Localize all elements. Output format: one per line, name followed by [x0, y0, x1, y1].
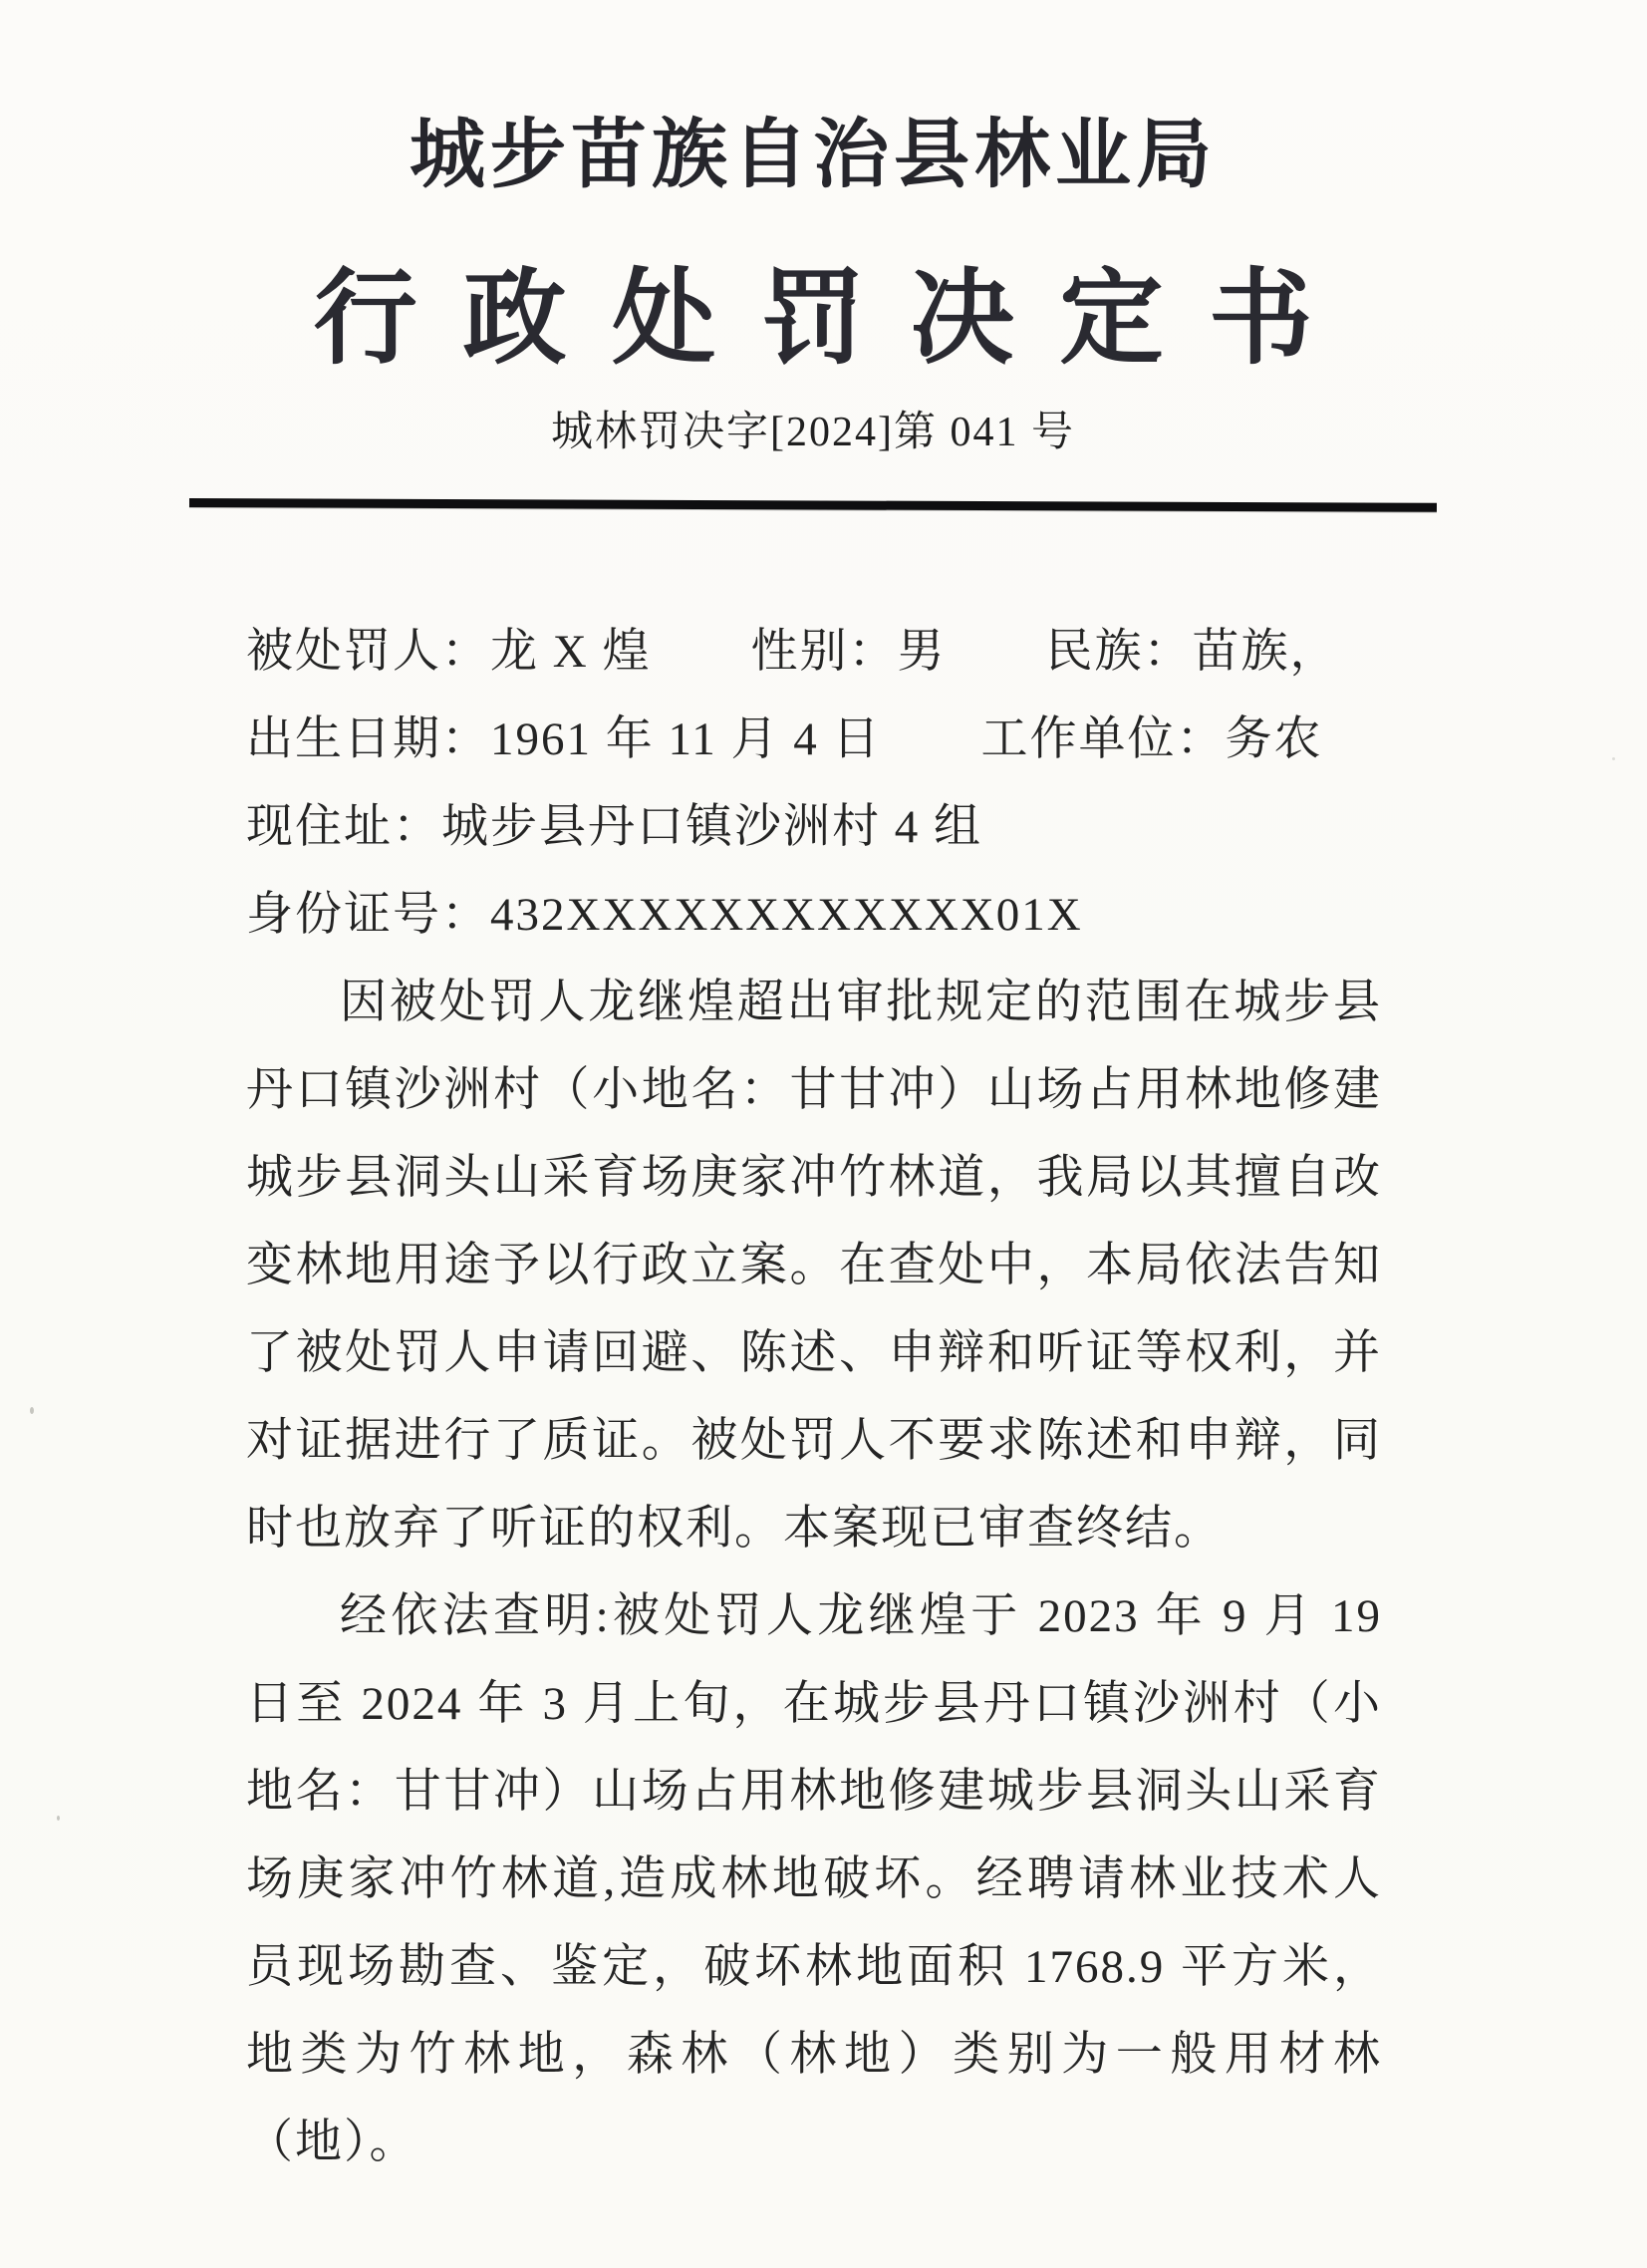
scan-speck	[1612, 757, 1615, 760]
field-id-number: 身份证号：432XXXXXXXXXXXX01X	[246, 871, 1083, 959]
document-body: 被处罚人：龙 X 煌 性别：男 民族：苗族， 出生日期：1961 年 11 月 …	[246, 608, 1382, 2186]
field-penalized-person: 被处罚人：龙 X 煌	[246, 608, 651, 696]
field-employer: 工作单位：务农	[981, 696, 1323, 783]
document-header: 城步苗族自治县林业局 行政处罚决定书 城林罚决字[2024]第 041 号	[189, 0, 1437, 458]
field-gender: 性别：男	[750, 608, 946, 696]
info-line-person: 被处罚人：龙 X 煌 性别：男 民族：苗族，	[246, 608, 1382, 696]
info-line-id: 身份证号：432XXXXXXXXXXXX01X	[246, 871, 1382, 959]
agency-title: 城步苗族自治县林业局	[189, 0, 1437, 197]
paragraph-findings: 经依法查明:被处罚人龙继煌于 2023 年 9 月 19 日至 2024 年 3…	[246, 1572, 1382, 2186]
scan-speck	[30, 1407, 34, 1414]
field-address: 现住址：城步县丹口镇沙洲村 4 组	[246, 783, 982, 871]
field-ethnicity: 民族：苗族，	[1045, 608, 1338, 696]
divider-rule	[189, 498, 1437, 512]
document-title-text: 行政处罚决定书	[314, 261, 1358, 377]
scan-speck	[57, 1816, 60, 1821]
info-line-address: 现住址：城步县丹口镇沙洲村 4 组	[246, 783, 1382, 871]
document-page: 城步苗族自治县林业局 行政处罚决定书 城林罚决字[2024]第 041 号 被处…	[0, 0, 1647, 2268]
info-line-birth: 出生日期：1961 年 11 月 4 日 工作单位：务农	[246, 696, 1382, 783]
document-title: 行政处罚决定书	[189, 261, 1437, 377]
field-birthdate: 出生日期：1961 年 11 月 4 日	[246, 696, 882, 783]
paragraph-case-filing: 因被处罚人龙继煌超出审批规定的范围在城步县丹口镇沙洲村（小地名：甘甘冲）山场占用…	[246, 959, 1382, 1572]
document-number: 城林罚决字[2024]第 041 号	[189, 407, 1437, 458]
